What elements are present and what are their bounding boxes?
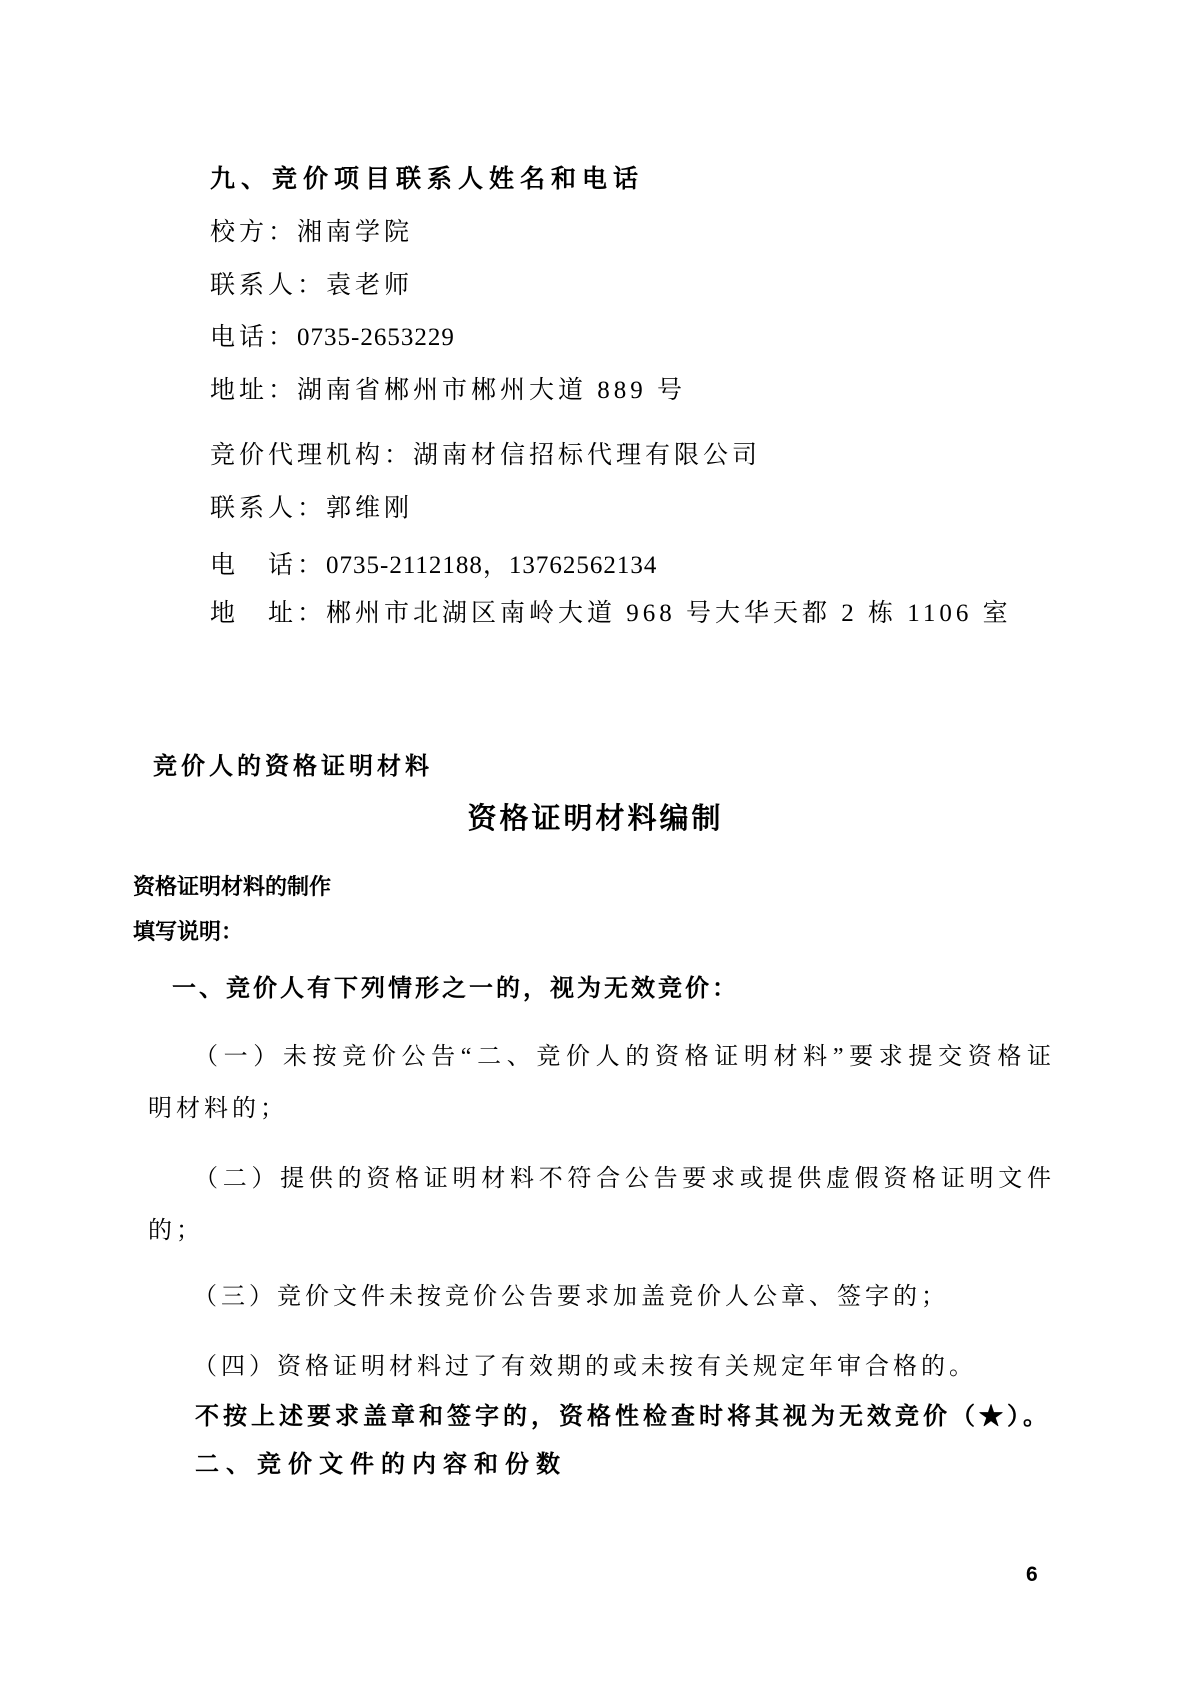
agency-phone-label: 电 话：	[210, 552, 326, 579]
instructions-heading: 填写说明：	[133, 919, 243, 944]
invalid-item-1-line-2: 明材料的；	[148, 1096, 288, 1124]
document-page: 九、竞价项目联系人姓名和电话 校方：湘南学院 联系人：袁老师 电话：0735-2…	[0, 0, 1191, 1684]
qualification-subtitle: 竞价人的资格证明材料	[153, 754, 433, 782]
school-phone-label: 电话：	[210, 324, 297, 351]
invalid-item-4: （四）资格证明材料过了有效期的或未按有关规定年审合格的。	[193, 1354, 977, 1382]
agency-address-line: 地 址：郴州市北湖区南岭大道 968 号大华天都 2 栋 1106 室	[210, 600, 1012, 629]
stamp-warning: 不按上述要求盖章和签字的，资格性检查时将其视为无效竞价（★）。	[195, 1404, 1051, 1432]
invalid-item-2-line-1: （二）提供的资格证明材料不符合公告要求或提供虚假资格证明文件	[148, 1166, 1053, 1194]
school-phone-value: 0735-2653229	[297, 324, 455, 351]
invalid-item-1-line-1: （一）未按竞价公告“二、竞价人的资格证明材料”要求提交资格证	[148, 1044, 1053, 1072]
school-phone-line: 电话：0735-2653229	[210, 324, 455, 353]
section-nine-heading: 九、竞价项目联系人姓名和电话	[210, 166, 644, 195]
invalid-item-3: （三）竞价文件未按竞价公告要求加盖竞价人公章、签字的；	[193, 1284, 949, 1312]
agency-line: 竞价代理机构：湖南材信招标代理有限公司	[210, 442, 761, 471]
rule-two-heading: 二、竞价文件的内容和份数	[195, 1452, 567, 1480]
page-number: 6	[1026, 1563, 1038, 1587]
agency-contact-line: 联系人：郭维刚	[210, 495, 413, 524]
agency-phone-value: 0735-2112188，13762562134	[326, 552, 657, 579]
rule-one-heading: 一、竞价人有下列情形之一的，视为无效竞价：	[172, 976, 739, 1004]
invalid-item-2-line-2: 的；	[148, 1218, 204, 1246]
school-line: 校方：湘南学院	[210, 219, 413, 248]
making-heading: 资格证明材料的制作	[133, 874, 331, 899]
agency-phone-line: 电 话：0735-2112188，13762562134	[210, 552, 657, 581]
qualification-title: 资格证明材料编制	[133, 803, 1058, 836]
school-contact-line: 联系人：袁老师	[210, 272, 413, 301]
school-address-line: 地址：湖南省郴州市郴州大道 889 号	[210, 377, 686, 406]
